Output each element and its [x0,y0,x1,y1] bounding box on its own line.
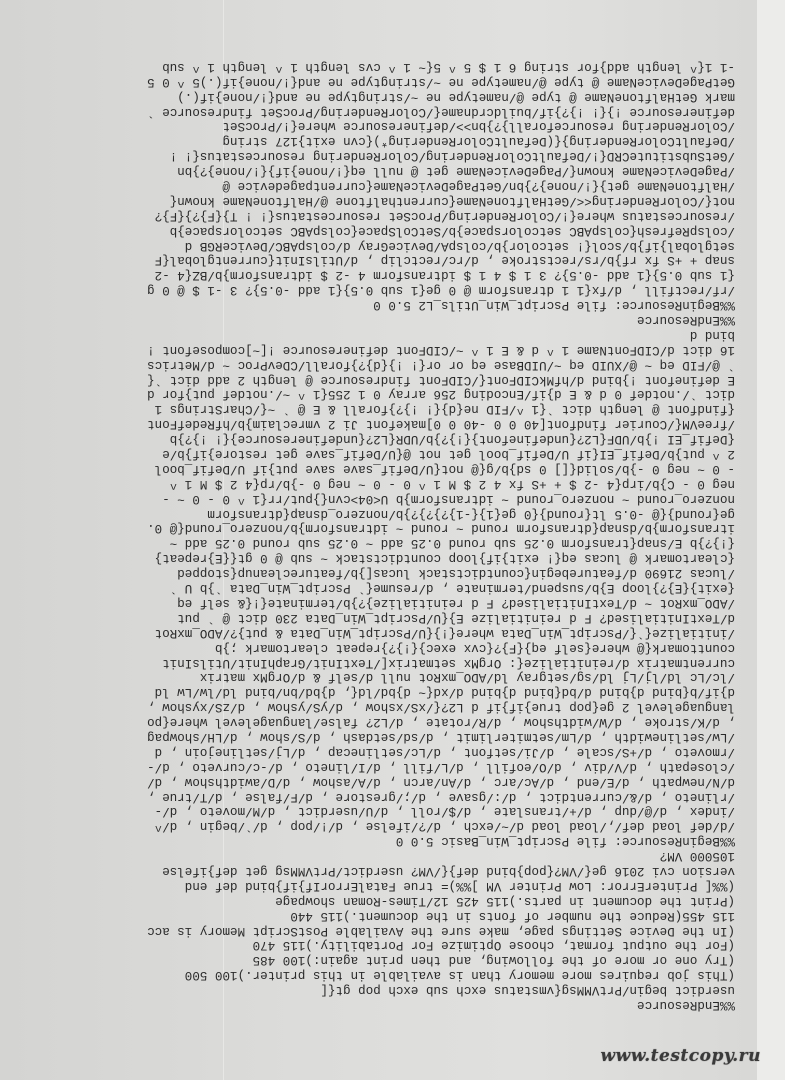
code-line: 16 dict d/CIDFontName 1 ^ d & E 1 ^ ~/CI… [15,342,735,357]
code-line: {findfont @ length dict `{1 ^/FID ne{d}{… [15,401,735,416]
code-line: userdict begin/PrtVMMsg{vmstatus exch su… [15,982,735,997]
watermark: www.testcopy.ru [601,1046,761,1066]
code-line: languagelevel 2 ge{pop true}if}if d L2?{… [15,699,735,714]
code-line: d/N/newpath , d/E/end , d/Ac/arc , d/An/… [15,774,735,789]
code-line: nonzero_round ~ nonzero_round ~ idtransf… [15,491,735,506]
code-line: 2 ^ put}b/Defif_EI{if U/Defif_bool get n… [15,446,735,461]
code-line: /d/def load def/,/load load d/~/exch , d… [15,818,735,833]
code-line: bind d [15,327,735,342]
code-line: - 0 ~ neg 0 -}b/solid{[] 0 sd}b/g{@ not{… [15,461,735,476]
code-line: (This job requires more memory than is a… [15,967,735,982]
code-line: /lc/Lc ld/lj/Lj ld/sg/setgray ld/ADO_mxR… [15,670,735,685]
code-line: %%EndResource [15,312,735,327]
code-line: setglobal}if}b/scol{! setcolor}b/colspA/… [15,238,735,253]
code-line: /rlineto , d/&/currentdict , d/:/gsave ,… [15,789,735,804]
code-line: not{/ColorRendering<</GetHalftoneName{cu… [15,193,735,208]
code-line: GetPageDeviceName @ type @/nametype ne ~… [15,74,735,89]
code-line: {1 sub 0.5}{1 add -0.5}? 3 1 $ 4 1 $ idt… [15,267,735,282]
code-line: /DefaultColorRendering}{(DefaultColorRen… [15,133,735,148]
code-line: /freeVM{/Courier findfont[40 0 0 -40 0 0… [15,416,735,431]
postscript-code-listing: %%EndResourceuserdict begin/PrtVMMsg{vms… [15,59,735,1012]
code-line: defineresource !}{! !}?}if/buildcrdname{… [15,104,735,119]
code-line: (For the output format, choose Optimize … [15,938,735,953]
code-line: ` @/FID eq ~ @/XUID eq ~/UIDBase eq or o… [15,357,735,372]
code-line: %%EndResource [15,997,735,1012]
code-line: /colspRefresh{colspABC setcolorspace}b/S… [15,223,735,238]
code-line: /Lw/setlinewidth , d/Lm/setmiterlimit , … [15,729,735,744]
code-line: /resourcestatus where{!/ColorRendering/P… [15,208,735,223]
code-line: neg 0 - C}b/irp{4 -2 $ + +S fx 4 2 $ M 1… [15,476,735,491]
code-line: E definefont !}bind d/hfMkCIDFont{/CIDFo… [15,372,735,387]
code-line: /GetSubstituteCRD{!/DefaultColorRenderin… [15,148,735,163]
code-line: /ADO_mxRot ~ d/TextInitialised? F d rein… [15,595,735,610]
code-line: {exit}{E}?}loop E}b/suspend/terminate , … [15,580,735,595]
code-line: counttomark{@ where{self eq}{F}?{cvx exe… [15,640,735,655]
code-line: %%BeginResource: file Pscript_Win_Basic … [15,833,735,848]
code-line: version cvi 2016 ge{/VM?{pop}bind def}{/… [15,863,735,878]
code-line: /rmoveto , d/+S/scale , d/Ji/setfont , d… [15,744,735,759]
code-line: d}if/b{bind d}bind d/bd{bind d}bind d/xd… [15,684,735,699]
code-line: (Print the document in parts.)115 425 12… [15,893,735,908]
code-line: (%%[ PrinterError: Low Printer VM ]%%)= … [15,878,735,893]
code-line: /ColorRendering resourceforall}?}bn>>/de… [15,119,735,134]
code-line: /index , d/@/dup , d/+/translate , d/$/r… [15,804,735,819]
code-line: /closepath , d/V/div , d/O/eofill , d/L/… [15,759,735,774]
code-line: (In the Device Settings page, make sure … [15,923,735,938]
code-line: {!}?}b E/snap{transform 0.25 sub round 0… [15,536,735,551]
code-line: /initialize{`{/Pscript_Win_Data where{!}… [15,625,735,640]
code-line: ge{round}{@ -0.5 lt{round}{0 ge{1}{-1}?}… [15,506,735,521]
code-line: snap + +S fx rf}b/rs/rectstroke , d/rc/r… [15,253,735,268]
rotated-page: %%EndResourceuserdict begin/PrtVMMsg{vms… [0,0,757,1080]
code-line: itransform}b/dsnap{dtransform round ~ ro… [15,521,735,536]
code-line: /HalftoneName get}{!/none}?}bn/GetPageDe… [15,178,735,193]
code-line: dict `/.notdef 0 d & E d}if/Encoding 256… [15,387,735,402]
code-line: %%BeginResource: file Pscript_Win_Utils_… [15,297,735,312]
scan-edge [757,0,785,1080]
code-line: , d/K/stroke , d/W/widthshow , d/R/rotat… [15,714,735,729]
code-line: 105000 VM? [15,848,735,863]
code-line: /lucas 21690 d/featurebegin{countdictsta… [15,565,735,580]
code-line: {Defif_EI !}b/UDF{L2?{undefinefont}{!}?}… [15,431,735,446]
code-line: currentmatrix d/reinitialize{: OrgMx set… [15,655,735,670]
code-line: mark GetHalftoneName @ type @/nametype n… [15,89,735,104]
code-line: /rf/rectfill , d/fx{1 1 dtransform @ 0 g… [15,282,735,297]
code-line: /PageDeviceName known{/PageDeviceName ge… [15,163,735,178]
code-line: 115 455(Reduce the number of fonts in th… [15,908,735,923]
code-line: (Try one or more of the following, and t… [15,952,735,967]
code-line: -1 1{^ length add}for string 6 1 $ 5 ^ 5… [15,59,735,74]
code-line: d/TextInitialised? F d reinitialize E}{U… [15,610,735,625]
code-line: {cleartomark @ lucas eq{! exit}if}loop c… [15,550,735,565]
